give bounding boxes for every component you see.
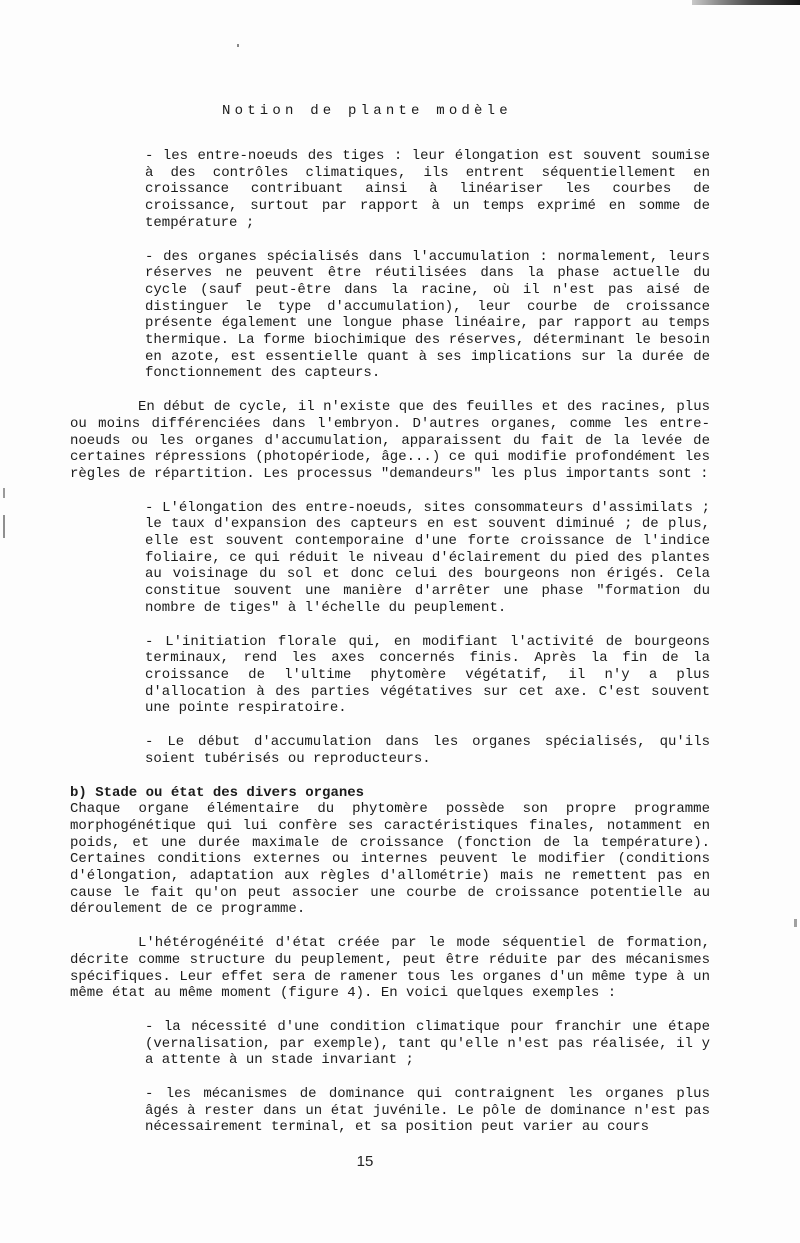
page-title: Notion de plante modèle xyxy=(222,103,710,120)
bullet-paragraph-internodes: - les entre-noeuds des tiges : leur élon… xyxy=(145,148,710,232)
bullet-paragraph-elongation: - L'élongation des entre-noeuds, sites c… xyxy=(145,500,710,617)
paragraph-heterogeneity: L'hétérogénéité d'état créée par le mode… xyxy=(70,935,710,1002)
page-number: 15 xyxy=(70,1153,660,1170)
bullet-paragraph-dominance: - les mécanismes de dominance qui contra… xyxy=(145,1086,710,1136)
bullet-paragraph-storage-organs: - des organes spécialisés dans l'accumul… xyxy=(145,249,710,383)
bullet-paragraph-climatic-condition: - la nécessité d'une condition climatiqu… xyxy=(145,1019,710,1069)
section-heading-b: b) Stade ou état des divers organes xyxy=(70,785,710,802)
bullet-paragraph-accumulation-start: - Le début d'accumulation dans les organ… xyxy=(145,734,710,767)
bullet-paragraph-floral-initiation: - L'initiation florale qui, en modifiant… xyxy=(145,634,710,718)
paragraph-cycle-start: En début de cycle, il n'existe que des f… xyxy=(70,399,710,483)
paragraph-phytomer-program: Chaque organe élémentaire du phytomère p… xyxy=(70,801,710,918)
scan-artifact-dot xyxy=(237,44,239,47)
scan-artifact-left-tick-1 xyxy=(3,488,5,498)
scan-artifact-right-mark xyxy=(794,919,797,927)
text-column: Notion de plante modèle - les entre-noeu… xyxy=(70,103,710,1170)
scanned-document-page: Notion de plante modèle - les entre-noeu… xyxy=(0,0,800,1243)
scan-artifact-top-strip xyxy=(692,0,800,5)
scan-artifact-left-tick-2 xyxy=(3,515,5,538)
